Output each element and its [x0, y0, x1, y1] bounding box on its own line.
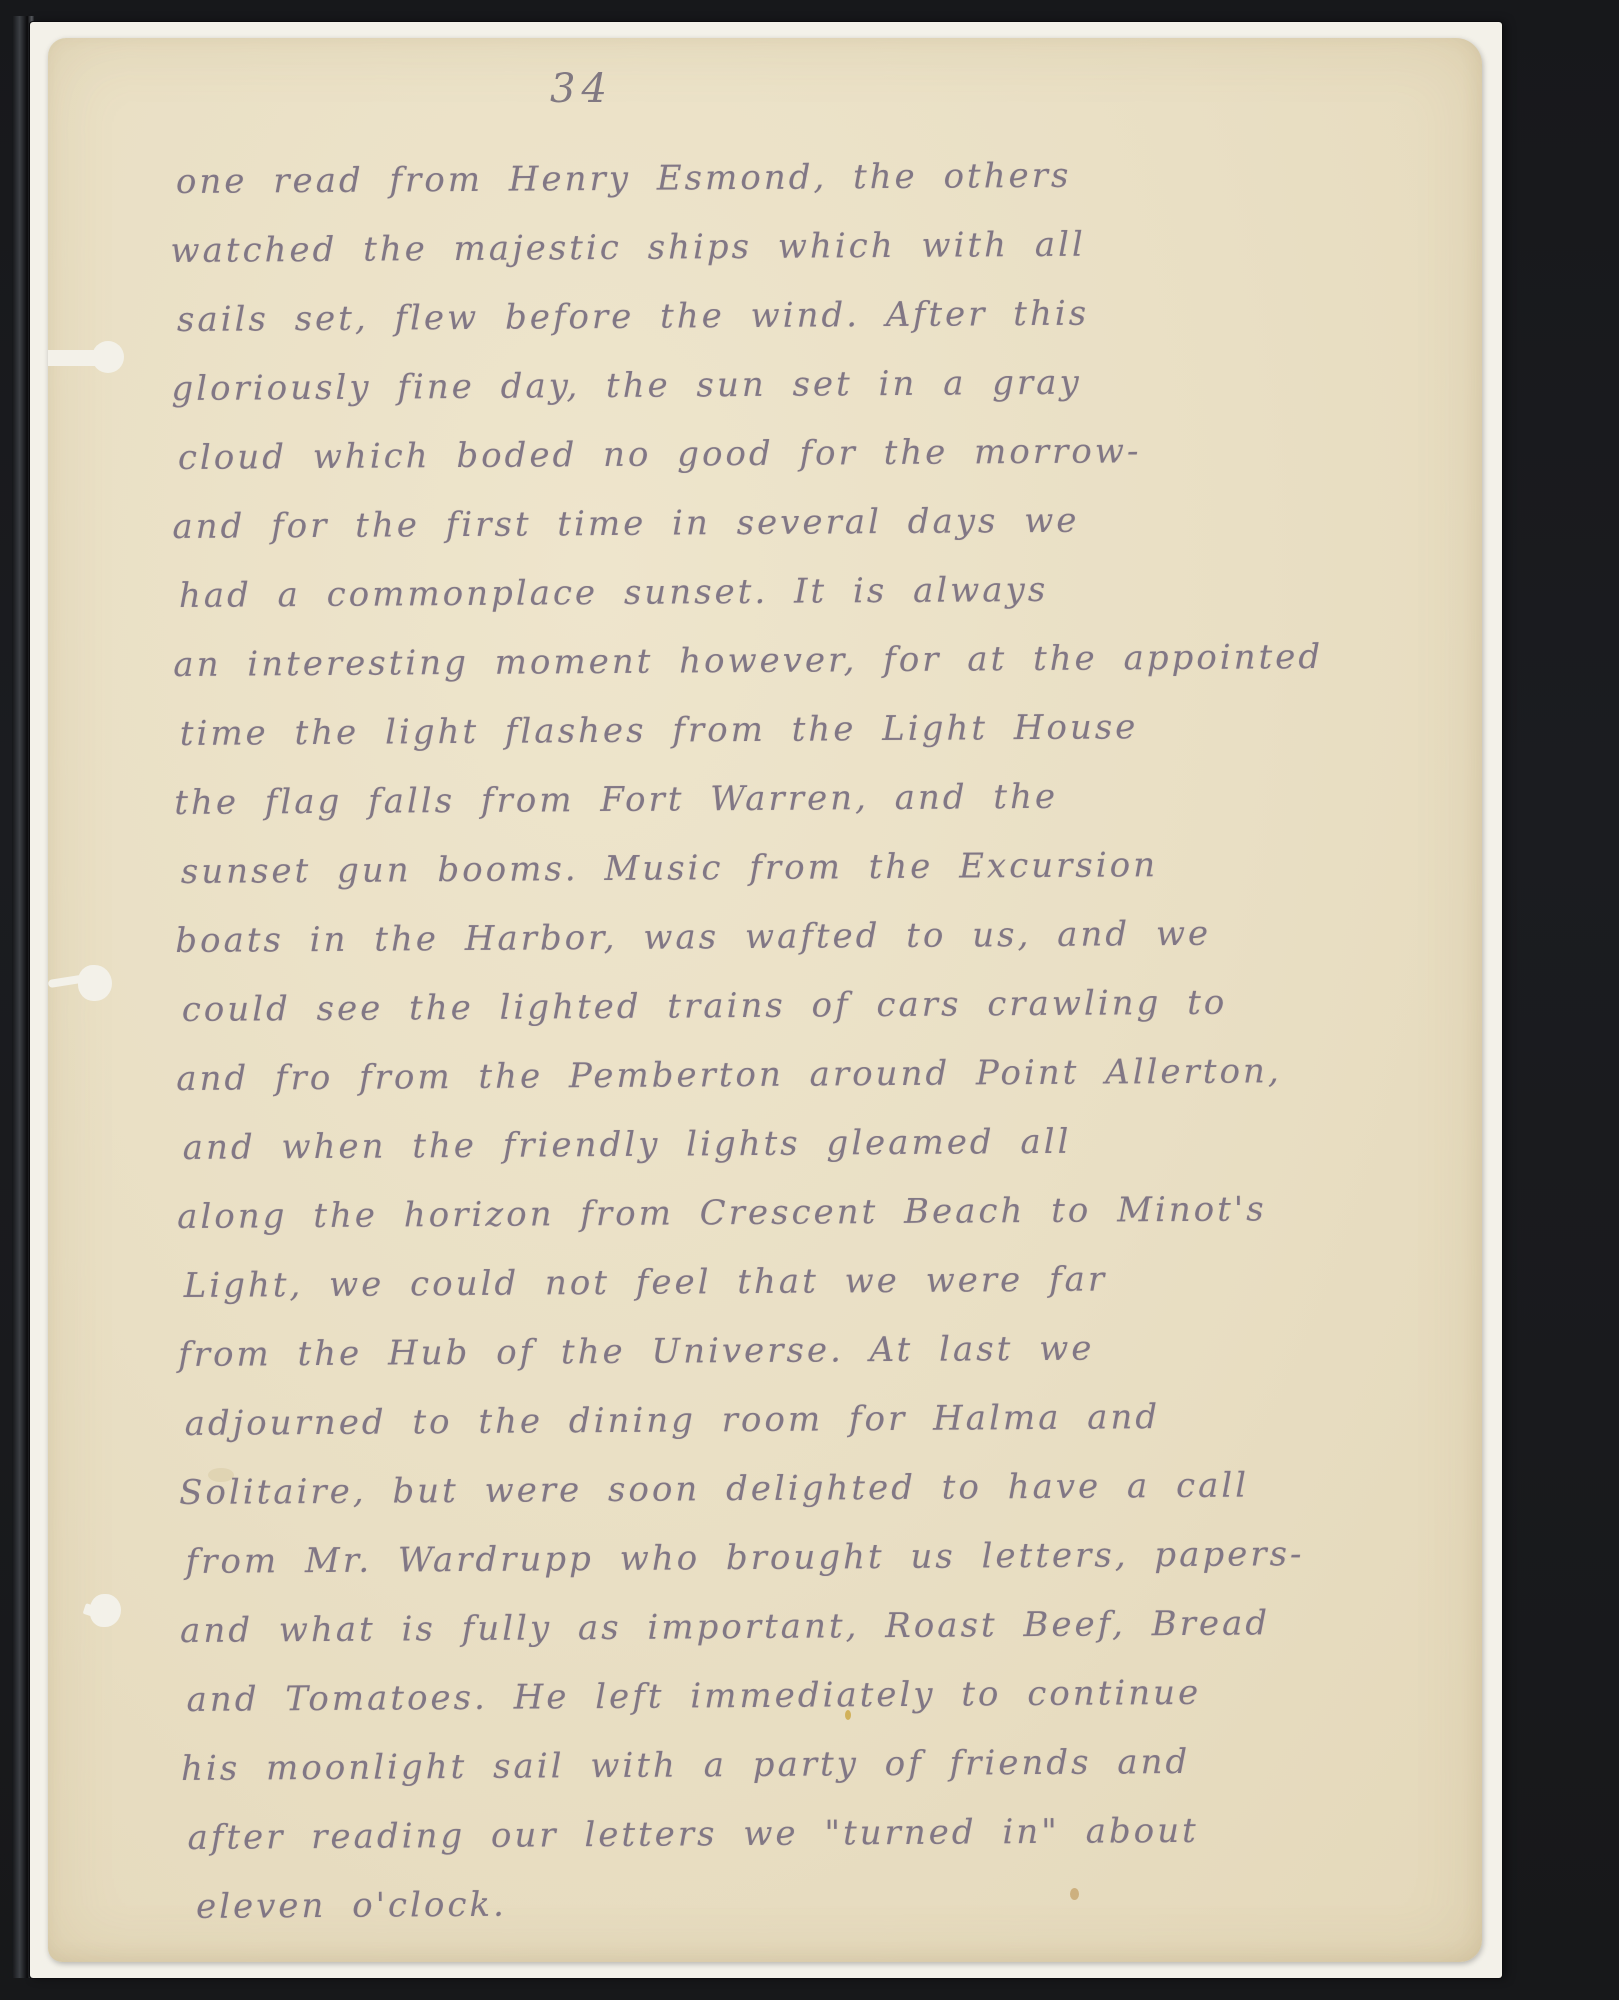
punch-hole-top — [92, 341, 124, 373]
handwriting-line: could see the lighted trains of cars cra… — [182, 967, 1446, 1045]
handwriting-line: and what is fully as important, Roast Be… — [180, 1588, 1450, 1666]
handwriting-line: from Mr. Wardrupp who brought us letters… — [185, 1519, 1449, 1597]
handwriting-line: sails set, flew before the wind. After t… — [177, 277, 1441, 355]
handwriting-line: had a commonplace sunset. It is always — [179, 553, 1443, 631]
handwriting-line: adjourned to the dining room for Halma a… — [184, 1381, 1448, 1459]
handwriting-line: along the horizon from Crescent Beach to… — [177, 1174, 1447, 1252]
page-number: 34 — [550, 66, 613, 112]
handwriting-line: and for the first time in several days w… — [172, 484, 1442, 562]
handwriting-line: Light, we could not feel that we were fa… — [183, 1243, 1447, 1321]
handwriting-line: Solitaire, but were soon delighted to ha… — [179, 1450, 1449, 1528]
handwriting-block: one read from Henry Esmond, the otherswa… — [170, 139, 1452, 1942]
handwriting-line: cloud which boded no good for the morrow… — [178, 415, 1442, 493]
handwriting-line: watched the majestic ships which with al… — [170, 208, 1440, 286]
handwriting-line: his moonlight sail with a party of frien… — [181, 1726, 1451, 1804]
handwriting-line: from the Hub of the Universe. At last we — [178, 1312, 1448, 1390]
handwriting-line: time the light flashes from the Light Ho… — [180, 691, 1444, 769]
handwriting-line: the flag falls from Fort Warren, and the — [174, 760, 1444, 838]
punch-hole-bottom — [90, 1594, 121, 1627]
scanned-manuscript: { "document": { "kind": "handwritten dia… — [0, 0, 1619, 2000]
manuscript-page: 34 one read from Henry Esmond, the other… — [48, 38, 1482, 1962]
handwriting-line: sunset gun booms. Music from the Excursi… — [181, 829, 1445, 907]
handwriting-line: gloriously fine day, the sun set in a gr… — [171, 346, 1441, 424]
handwriting-line: an interesting moment however, for at th… — [173, 622, 1443, 700]
backing-sheet: 34 one read from Henry Esmond, the other… — [30, 22, 1502, 1978]
handwriting-line: eleven o'clock. — [196, 1864, 1452, 1942]
handwriting-line: and fro from the Pemberton around Point … — [176, 1036, 1446, 1114]
handwriting-line: and when the friendly lights gleamed all — [182, 1105, 1446, 1183]
handwriting-line: and Tomatoes. He left immediately to con… — [186, 1657, 1450, 1735]
handwriting-line: after reading our letters we "turned in"… — [187, 1795, 1451, 1873]
handwriting-line: one read from Henry Esmond, the others — [176, 139, 1440, 217]
punch-hole-middle — [78, 965, 112, 1001]
handwriting-line: boats in the Harbor, was wafted to us, a… — [175, 898, 1445, 976]
